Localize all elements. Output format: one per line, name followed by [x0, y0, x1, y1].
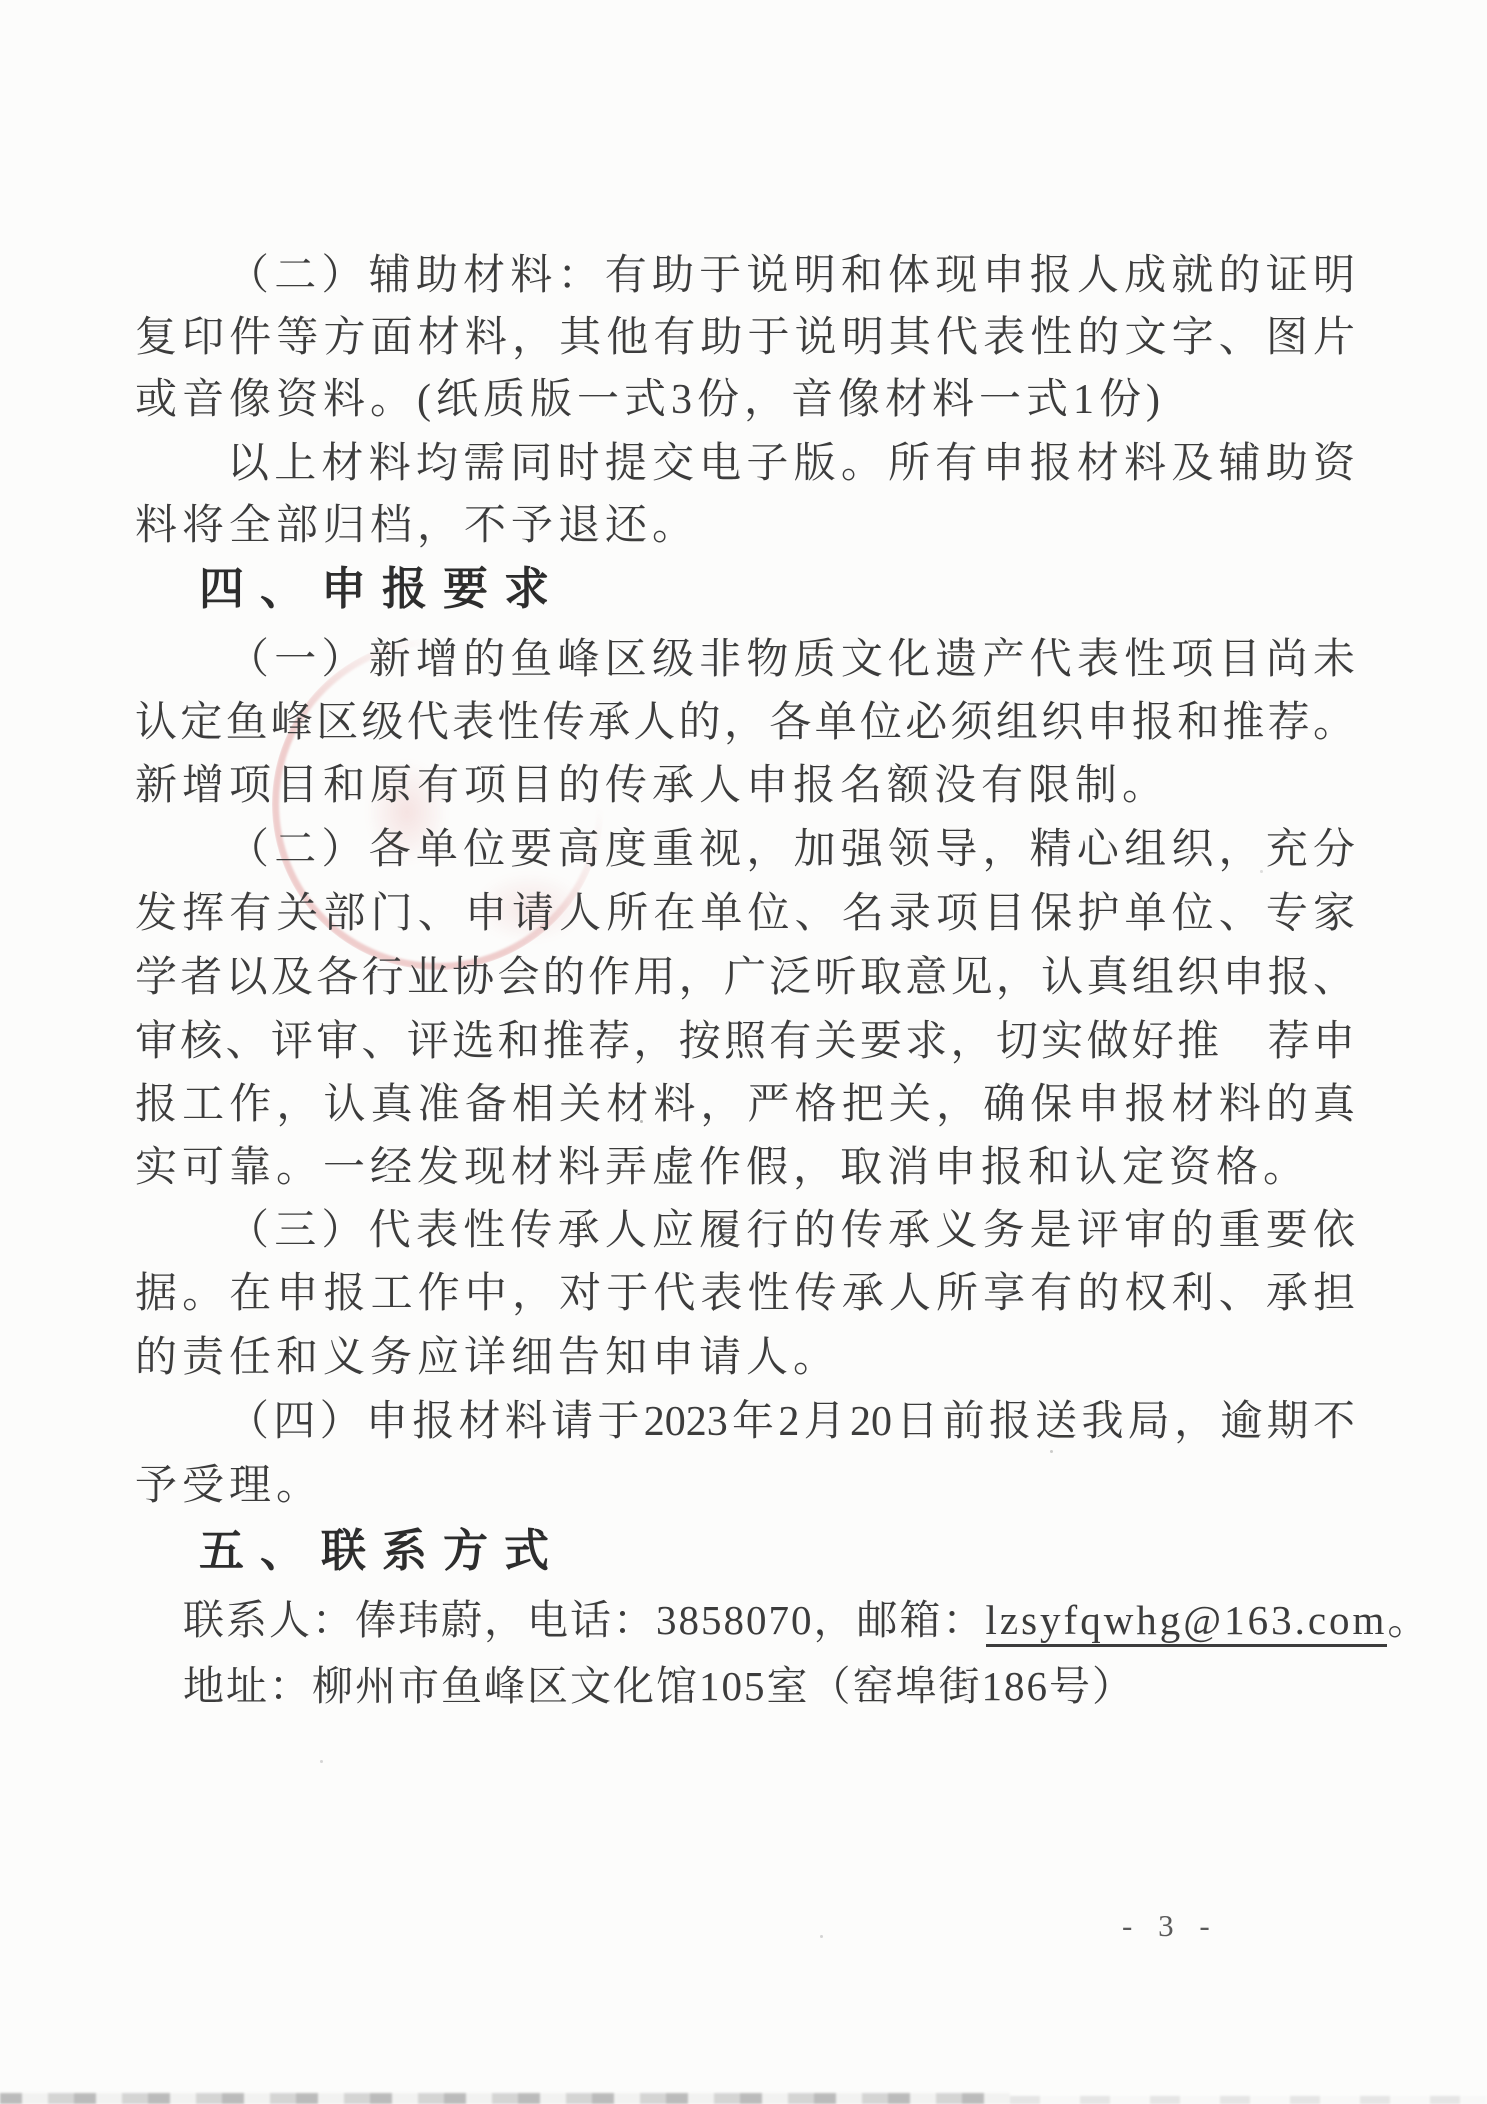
contact-address-line: 地址：柳州市鱼峰区文化馆105室（窑埠街186号）	[135, 1658, 1435, 1714]
doc-line: （三）代表性传承人应履行的传承义务是评审的重要依	[135, 1203, 1355, 1259]
doc-line: 学者以及各行业协会的作用，广泛听取意见，认真组织申报、	[135, 950, 1355, 1006]
doc-line: （二）辅助材料：有助于说明和体现申报人成就的证明	[135, 248, 1355, 304]
doc-line: （四）申报材料请于2023年2月20日前报送我局，逾期不	[135, 1394, 1355, 1450]
contact-email: lzsyfqwhg@163.com	[986, 1597, 1388, 1647]
scan-artifact-strip	[0, 2093, 1010, 2104]
doc-line: 以上材料均需同时提交电子版。所有申报材料及辅助资	[135, 436, 1355, 492]
contact-text: 。	[1387, 1597, 1430, 1643]
doc-line: 复印件等方面材料，其他有助于说明其代表性的文字、图片	[135, 310, 1355, 366]
section-heading-4: 四、申报要求	[135, 560, 1355, 618]
doc-line: 审核、评审、评选和推荐，按照有关要求，切实做好推 荐申	[135, 1014, 1355, 1070]
section-heading-5: 五、联系方式	[135, 1522, 1355, 1580]
doc-line: 予受理。	[135, 1458, 1355, 1514]
doc-line: 认定鱼峰区级代表性传承人的，各单位必须组织申报和推荐。	[135, 695, 1355, 751]
doc-line: 报工作，认真准备相关材料，严格把关，确保申报材料的真	[135, 1077, 1355, 1133]
contact-text: 联系人：俸玮蔚，电话：3858070，邮箱：	[183, 1597, 986, 1643]
doc-line: 的责任和义务应详细告知申请人。	[135, 1330, 1355, 1386]
doc-line: 实可靠。一经发现材料弄虚作假，取消申报和认定资格。	[135, 1140, 1355, 1196]
scan-artifact-strip	[1010, 2096, 1487, 2104]
doc-line: （二）各单位要高度重视，加强领导，精心组织，充分	[135, 822, 1355, 878]
doc-line: （一）新增的鱼峰区级非物质文化遗产代表性项目尚未	[135, 632, 1355, 688]
doc-line: 新增项目和原有项目的传承人申报名额没有限制。	[135, 758, 1355, 814]
doc-line: 料将全部归档，不予退还。	[135, 498, 1355, 554]
doc-line: 据。在申报工作中，对于代表性传承人所享有的权利、承担	[135, 1266, 1355, 1322]
contact-person-line: 联系人：俸玮蔚，电话：3858070，邮箱：lzsyfqwhg@163.com。	[135, 1592, 1435, 1648]
document-page: （二）辅助材料：有助于说明和体现申报人成就的证明 复印件等方面材料，其他有助于说…	[0, 0, 1487, 2104]
page-number: - 3 -	[1122, 1908, 1219, 1944]
doc-line: 发挥有关部门、申请人所在单位、名录项目保护单位、专家	[135, 886, 1355, 942]
doc-line: 或音像资料。(纸质版一式3份，音像材料一式1份)	[135, 372, 1355, 428]
scan-noise-specks	[640, 1120, 643, 1123]
